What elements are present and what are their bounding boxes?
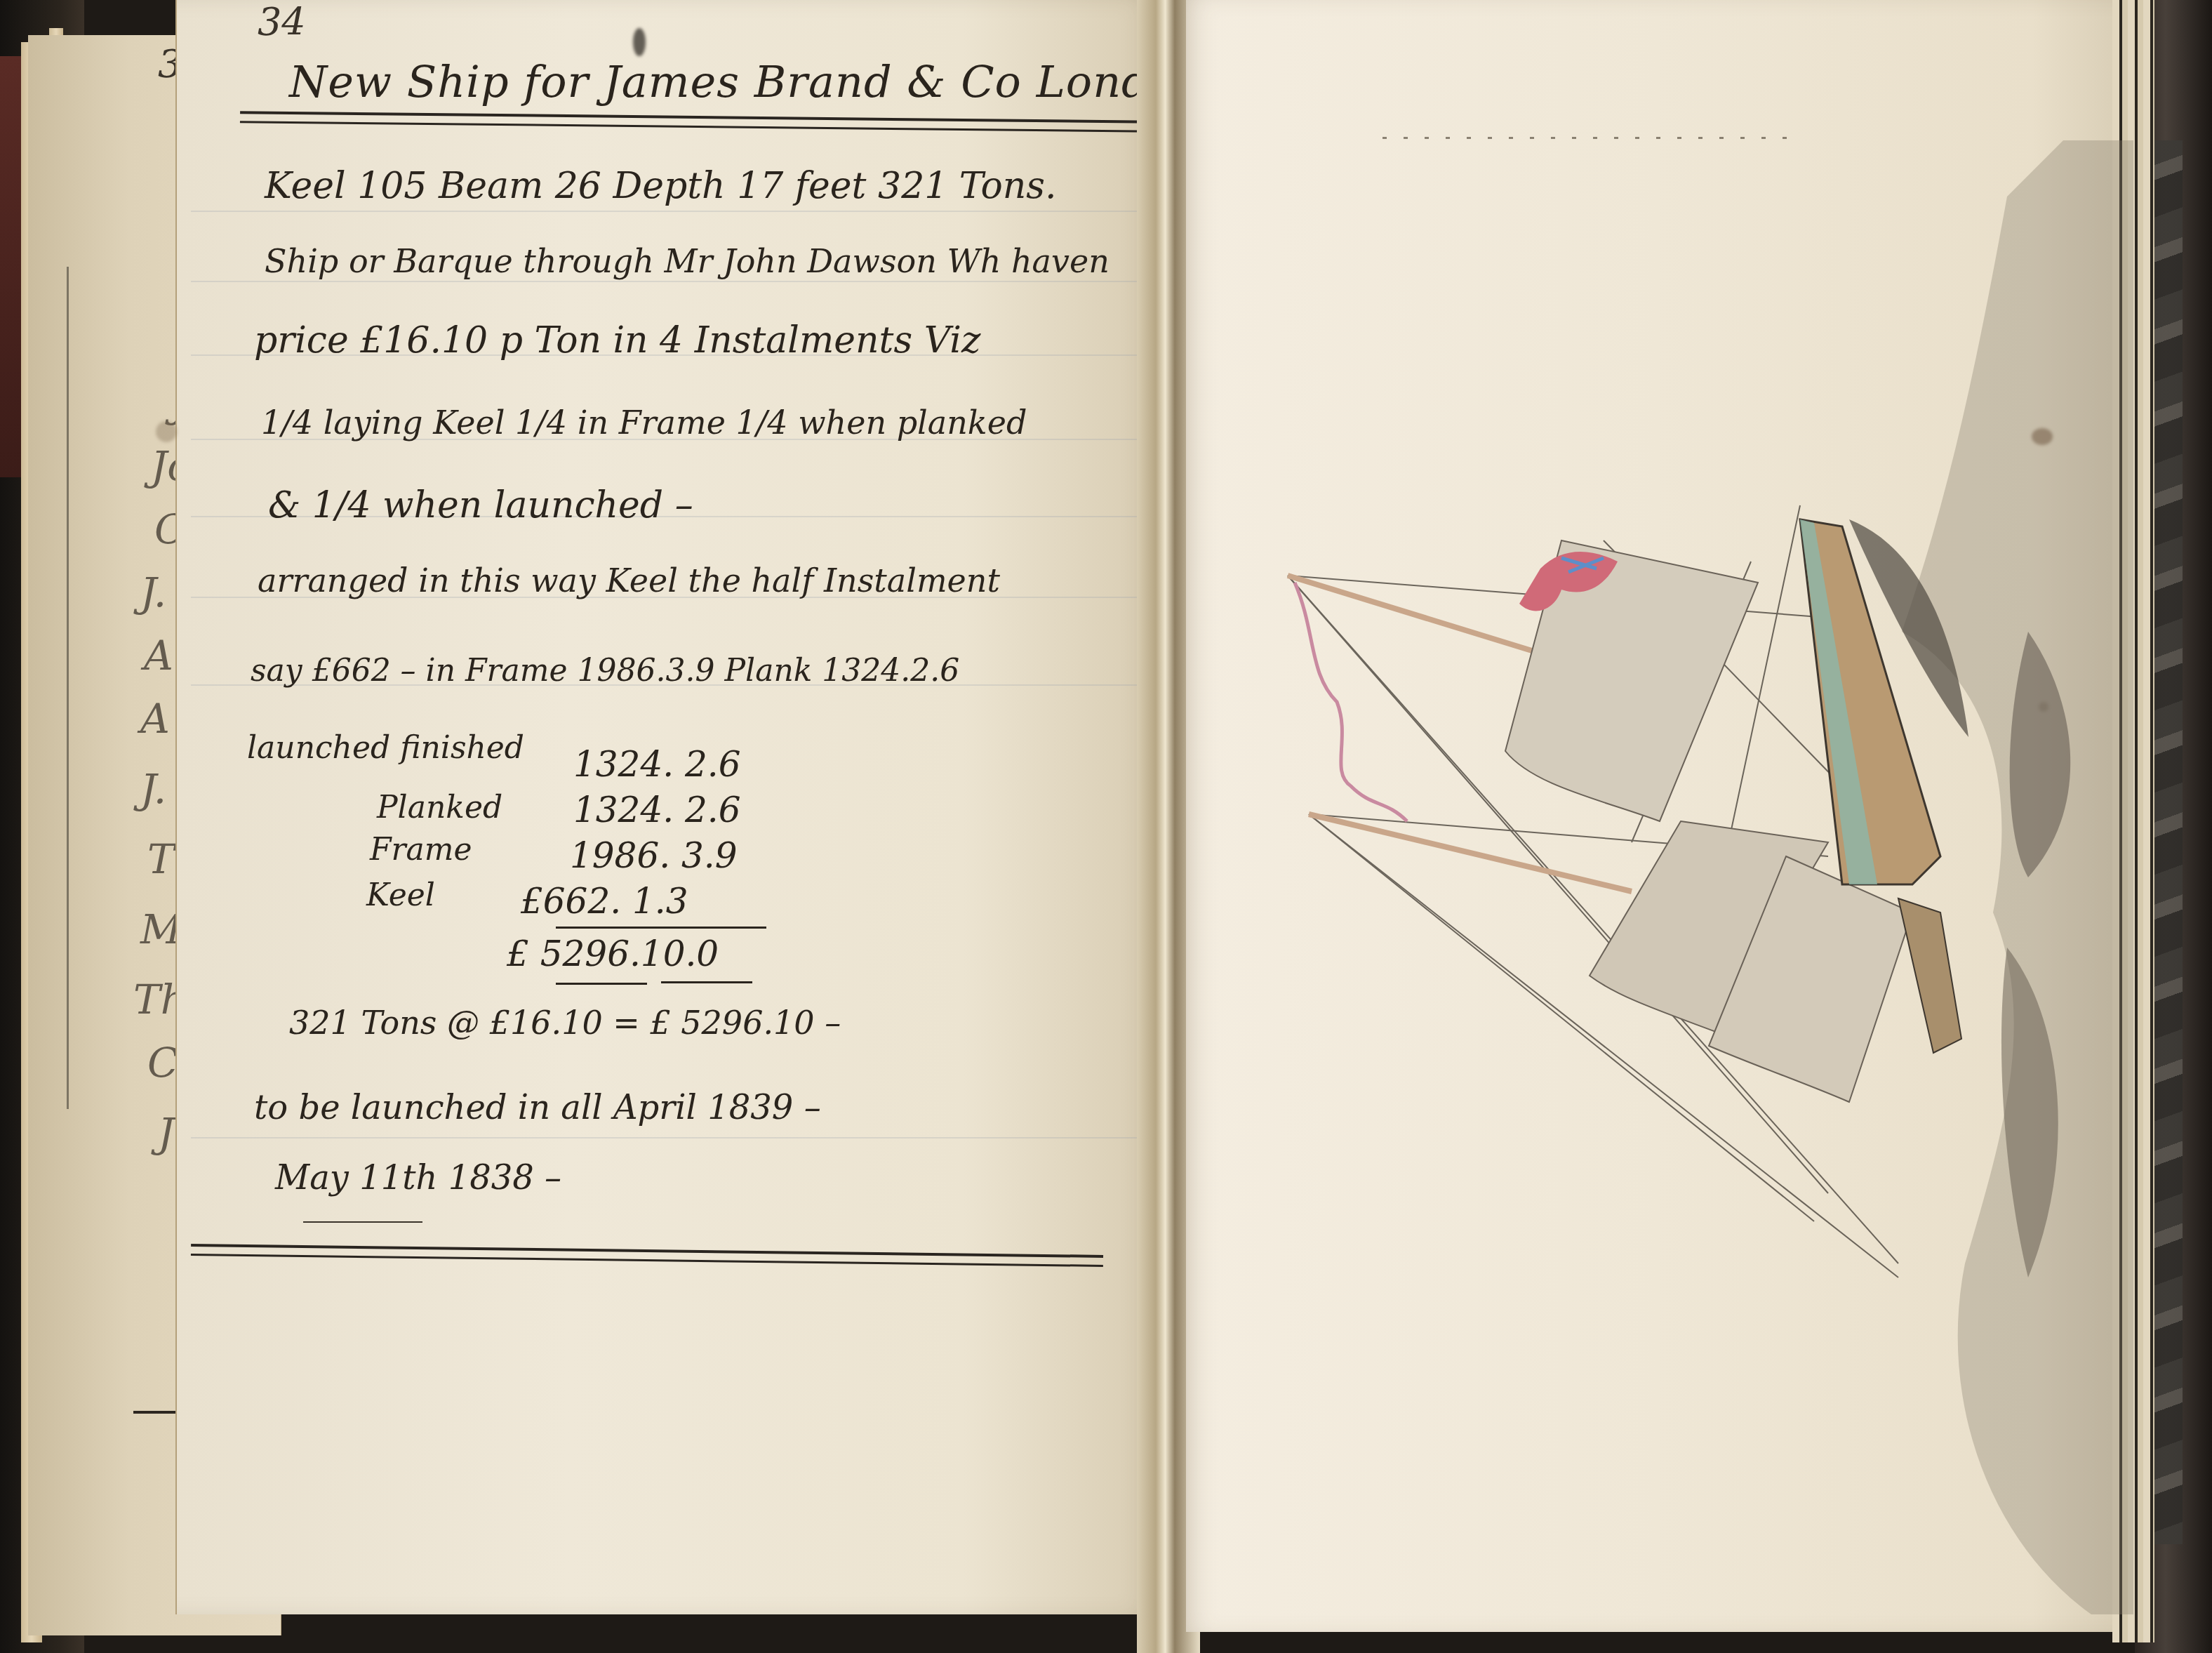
line-instalments-2: & 1/4 when launched – bbox=[268, 484, 693, 526]
ledger-amount-launched: 1324. 2.6 bbox=[573, 744, 741, 785]
page-number-34: 34 bbox=[258, 0, 306, 44]
ink-blot bbox=[156, 421, 177, 442]
ledger-label-frame: Frame bbox=[370, 832, 472, 868]
ledger-amount-frame: 1986. 3.9 bbox=[570, 835, 738, 876]
ruled-line bbox=[191, 281, 1138, 282]
total-underline bbox=[661, 981, 752, 983]
line-price: price £16.10 p Ton in 4 Instalments Viz bbox=[254, 319, 980, 361]
margin-fragment: J bbox=[158, 1109, 174, 1157]
spine-column-rule bbox=[67, 267, 69, 1109]
calc-line: 321 Tons @ £16.10 = £ 5296.10 – bbox=[289, 1004, 841, 1042]
margin-fragment: C bbox=[147, 1039, 178, 1087]
sum-rule bbox=[556, 927, 766, 929]
date-line: May 11th 1838 – bbox=[275, 1158, 561, 1197]
line-dimensions: Keel 105 Beam 26 Depth 17 feet 321 Tons. bbox=[265, 165, 1057, 207]
ruled-line bbox=[191, 211, 1138, 212]
launch-line: to be launched in all April 1839 – bbox=[254, 1088, 821, 1127]
ink-blot bbox=[633, 28, 646, 56]
ship-watercolour-drawing bbox=[1249, 491, 2056, 1299]
ledger-label-keel: Keel bbox=[366, 877, 435, 913]
faint-ruled-marks bbox=[1382, 137, 1804, 139]
ledger-label-launched: launched finished bbox=[247, 730, 524, 766]
stern-section bbox=[1898, 898, 1961, 1053]
line-builder: Ship or Barque through Mr John Dawson Wh… bbox=[265, 242, 1110, 280]
line-keel-frame-plank: say £662 – in Frame 1986.3.9 Plank 1324.… bbox=[251, 653, 959, 689]
bottom-double-rule bbox=[191, 1244, 1103, 1267]
page-title: New Ship for James Brand & Co London bbox=[289, 56, 1206, 107]
title-double-rule bbox=[240, 111, 1152, 133]
upper-spar bbox=[1288, 576, 1561, 660]
date-underline bbox=[303, 1221, 422, 1223]
ledger-total: £ 5296.10.0 bbox=[507, 934, 719, 974]
left-page: 34 New Ship for James Brand & Co London … bbox=[175, 0, 1159, 1614]
total-underline bbox=[556, 983, 647, 985]
line-instalments-1: 1/4 laying Keel 1/4 in Frame 1/4 when pl… bbox=[261, 404, 1027, 442]
ledger-amount-planked: 1324. 2.6 bbox=[573, 790, 741, 830]
pink-pennant bbox=[1295, 583, 1407, 821]
ruled-line bbox=[191, 1137, 1138, 1138]
line-arranged: arranged in this way Keel the half Insta… bbox=[258, 562, 1000, 599]
ledger-label-planked: Planked bbox=[377, 790, 502, 825]
ledger-amount-keel: £662. 1.3 bbox=[521, 881, 688, 922]
